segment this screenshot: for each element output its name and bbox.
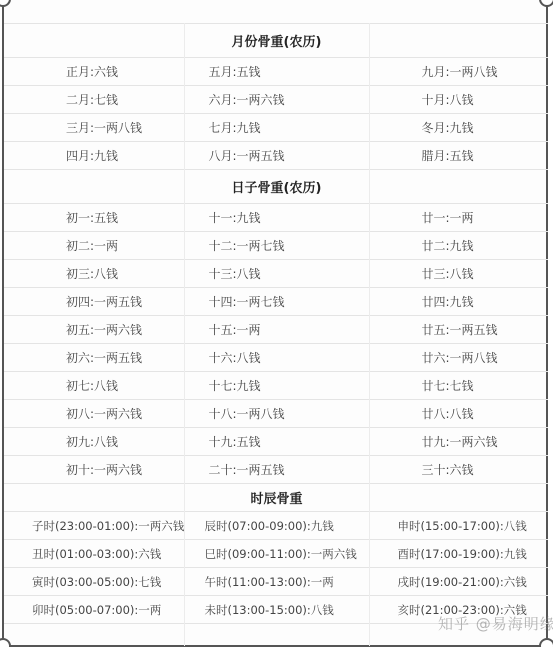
table-cell: 十一:九钱 [184,204,369,232]
section-title: 时辰骨重 [184,484,369,512]
table-cell: 四月:九钱 [4,142,184,170]
bone-weight-table: 月份骨重(农历) 正月:六钱 五月:五钱 九月:一两八钱 二月:七钱 六月:一两… [4,23,548,646]
table-cell: 十月:八钱 [369,86,548,114]
table-row: 初八:一两六钱 十八:一两八钱 廿八:八钱 [4,400,548,428]
table-cell: 十三:八钱 [184,260,369,288]
table-cell: 十四:一两七钱 [184,288,369,316]
corner-notch [539,0,553,7]
section-title: 月份骨重(农历) [184,24,369,58]
table-cell: 五月:五钱 [184,58,369,86]
table-cell: 巳时(09:00-11:00):一两六钱 [184,540,369,568]
table-cell: 廿六:一两八钱 [369,344,548,372]
table-cell: 初五:一两六钱 [4,316,184,344]
table-row: 丑时(01:00-03:00):六钱 巳时(09:00-11:00):一两六钱 … [4,540,548,568]
table-row: 初六:一两五钱 十六:八钱 廿六:一两八钱 [4,344,548,372]
corner-notch [0,0,11,7]
table-row: 初三:八钱 十三:八钱 廿三:八钱 [4,260,548,288]
table-cell: 二月:七钱 [4,86,184,114]
table-cell: 七月:九钱 [184,114,369,142]
table-cell: 初四:一两五钱 [4,288,184,316]
table-cell: 冬月:九钱 [369,114,548,142]
table-cell: 酉时(17:00-19:00):九钱 [369,540,548,568]
table-cell: 廿八:八钱 [369,400,548,428]
table-row: 正月:六钱 五月:五钱 九月:一两八钱 [4,58,548,86]
table-cell: 正月:六钱 [4,58,184,86]
table-cell: 十九:五钱 [184,428,369,456]
watermark: 知乎 @易海明缘 [438,613,553,634]
table-cell: 申时(15:00-17:00):八钱 [369,512,548,540]
table-cell: 六月:一两六钱 [184,86,369,114]
table-cell: 廿一:一两 [369,204,548,232]
table-row: 初九:八钱 十九:五钱 廿九:一两六钱 [4,428,548,456]
table-row: 初四:一两五钱 十四:一两七钱 廿四:九钱 [4,288,548,316]
table-row: 寅时(03:00-05:00):七钱 午时(11:00-13:00):一两 戌时… [4,568,548,596]
table-cell: 二十:一两五钱 [184,456,369,484]
table-cell: 廿七:七钱 [369,372,548,400]
table-cell: 子时(23:00-01:00):一两六钱 [4,512,184,540]
table-cell: 初一:五钱 [4,204,184,232]
section-title: 日子骨重(农历) [184,170,369,204]
table-cell: 十七:九钱 [184,372,369,400]
table-cell: 卯时(05:00-07:00):一两 [4,596,184,624]
table-cell: 初三:八钱 [4,260,184,288]
table-cell: 八月:一两五钱 [184,142,369,170]
table-cell: 廿二:九钱 [369,232,548,260]
table-row: 初七:八钱 十七:九钱 廿七:七钱 [4,372,548,400]
table-cell: 十六:八钱 [184,344,369,372]
table-row: 初五:一两六钱 十五:一两 廿五:一两五钱 [4,316,548,344]
table-cell: 廿九:一两六钱 [369,428,548,456]
table-cell: 十二:一两七钱 [184,232,369,260]
table-cell: 初十:一两六钱 [4,456,184,484]
table-cell: 初八:一两六钱 [4,400,184,428]
table-cell: 寅时(03:00-05:00):七钱 [4,568,184,596]
table-row: 初一:五钱 十一:九钱 廿一:一两 [4,204,548,232]
table-cell: 丑时(01:00-03:00):六钱 [4,540,184,568]
table-cell: 初二:一两 [4,232,184,260]
section-header-hour: 时辰骨重 [4,484,548,512]
table-cell: 腊月:五钱 [369,142,548,170]
table-row: 子时(23:00-01:00):一两六钱 辰时(07:00-09:00):九钱 … [4,512,548,540]
table-cell: 廿五:一两五钱 [369,316,548,344]
table-row: 四月:九钱 八月:一两五钱 腊月:五钱 [4,142,548,170]
table-cell: 十五:一两 [184,316,369,344]
section-header-day: 日子骨重(农历) [4,170,548,204]
table-cell: 廿三:八钱 [369,260,548,288]
table-cell: 十八:一两八钱 [184,400,369,428]
table-cell: 午时(11:00-13:00):一两 [184,568,369,596]
table-row: 初二:一两 十二:一两七钱 廿二:九钱 [4,232,548,260]
table-cell: 初九:八钱 [4,428,184,456]
table-cell: 初六:一两五钱 [4,344,184,372]
table-cell: 初七:八钱 [4,372,184,400]
table-cell: 辰时(07:00-09:00):九钱 [184,512,369,540]
table-cell: 三十:六钱 [369,456,548,484]
table-row: 初十:一两六钱 二十:一两五钱 三十:六钱 [4,456,548,484]
table-cell: 廿四:九钱 [369,288,548,316]
table-cell: 戌时(19:00-21:00):六钱 [369,568,548,596]
table-row: 二月:七钱 六月:一两六钱 十月:八钱 [4,86,548,114]
table-row: 三月:一两八钱 七月:九钱 冬月:九钱 [4,114,548,142]
table-cell: 三月:一两八钱 [4,114,184,142]
section-header-month: 月份骨重(农历) [4,24,548,58]
table-cell: 九月:一两八钱 [369,58,548,86]
table-cell: 未时(13:00-15:00):八钱 [184,596,369,624]
